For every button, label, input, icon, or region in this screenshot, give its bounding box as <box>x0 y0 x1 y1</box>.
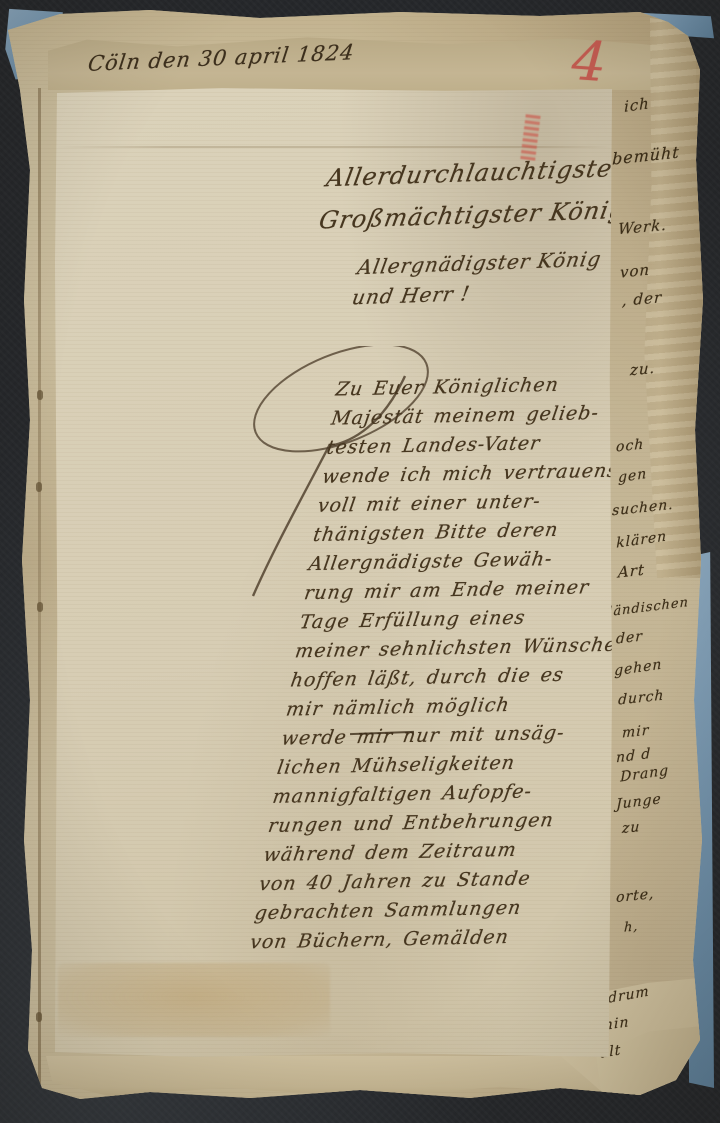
letter-heading: AllerdurchlauchtigsterGroßmächtigster Kö… <box>316 146 637 241</box>
text-fragment: gehen <box>614 657 662 680</box>
text-fragment: orte, <box>616 886 655 906</box>
text-fragment: suchen. <box>612 497 674 520</box>
text-fragment: zu <box>622 819 641 837</box>
text-fragment: nd d <box>616 746 651 766</box>
text-fragment: och <box>616 436 645 455</box>
text-fragment: durch <box>618 687 665 708</box>
text-fragment: der <box>616 629 643 648</box>
text-fragment: klären <box>616 528 667 551</box>
scanned-manuscript-page: Cöln den 30 april 1824 4 ichbemühtWerk.v… <box>0 0 720 1123</box>
body-line: von Büchern, Gemälden <box>248 921 582 957</box>
text-fragment: mir <box>622 722 650 741</box>
text-fragment: h, <box>624 919 639 936</box>
letter-salutation: Allergnädigster Königund Herr ! <box>350 244 604 313</box>
text-fragment: Drang <box>620 762 669 785</box>
text-fragment: zu. <box>630 359 656 380</box>
text-fragment: bemüht <box>612 142 680 168</box>
text-fragment: gen <box>618 466 647 486</box>
text-fragment: ich <box>624 94 650 116</box>
text-fragment: von <box>620 260 651 281</box>
tape-stain <box>58 963 330 1037</box>
text-fragment: Art <box>618 561 646 582</box>
text-fragment: Junge <box>616 791 662 813</box>
text-fragment: ländischen <box>608 595 689 620</box>
letter-page: AllerdurchlauchtigsterGroßmächtigster Kö… <box>55 88 612 1057</box>
text-fragment: Werk. <box>618 216 668 238</box>
text-fragment: , der <box>622 288 663 310</box>
